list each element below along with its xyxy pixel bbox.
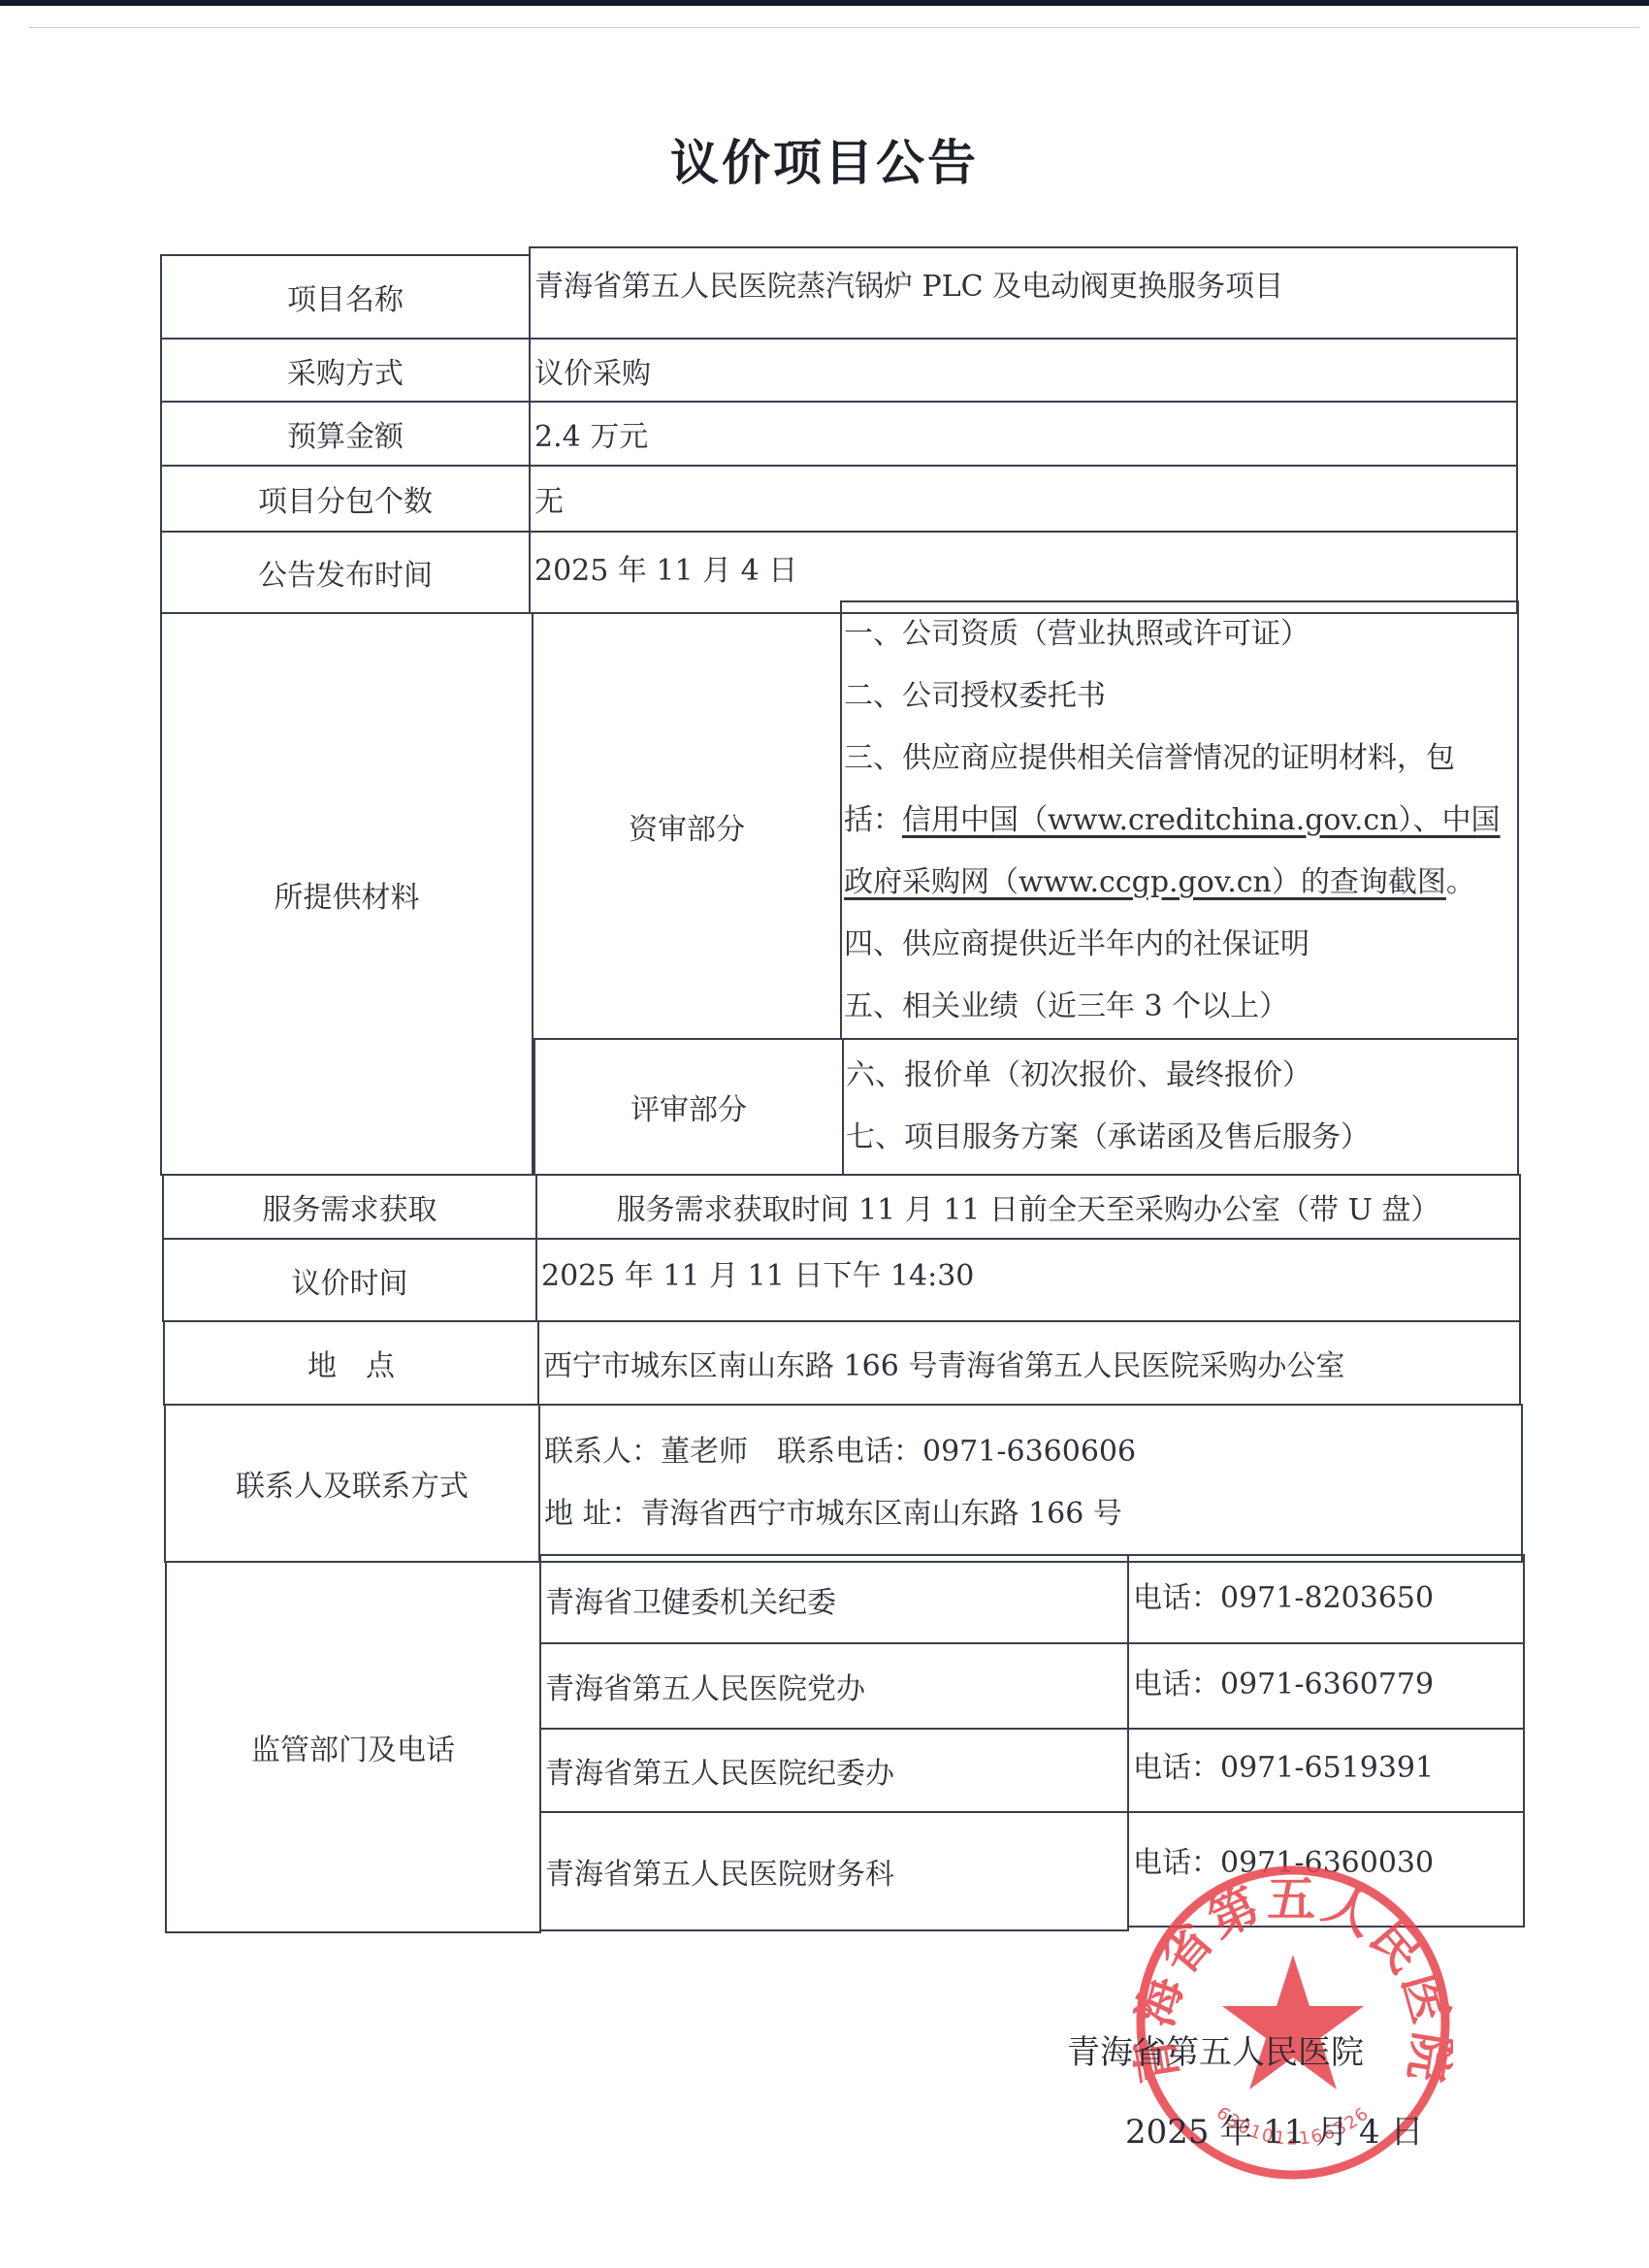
signature-date: 2025 年 11 月 4 日 [1125, 2105, 1423, 2153]
supervision-dept-2: 青海省第五人民医院党办 [539, 1642, 1129, 1730]
value-lots: 无 [529, 465, 1518, 533]
evaluation-item-6: 六、报价单（初次报价、最终报价） [846, 1045, 1311, 1107]
evaluation-items: 六、报价单（初次报价、最终报价） 七、项目服务方案（承诺函及售后服务） [842, 1038, 1519, 1176]
label-negotiation-time: 议价时间 [162, 1238, 537, 1322]
qualification-items: 一、公司资质（营业执照或许可证） 二、公司授权委托书 三、供应商应提供相关信誉情… [840, 600, 1519, 1040]
label-contact: 联系人及联系方式 [164, 1404, 540, 1563]
label-supervision: 监管部门及电话 [165, 1561, 541, 1933]
contact-address: 地 址：青海省西宁市城东区南山东路 166 号 [544, 1483, 1122, 1545]
supervision-phone-3: 电话：0971-6519391 [1127, 1728, 1525, 1813]
supervision-phone-2: 电话：0971-6360779 [1127, 1642, 1525, 1730]
label-procurement-method: 采购方式 [160, 338, 531, 403]
label-materials: 所提供材料 [160, 612, 533, 1176]
qualification-item-3-cont2: 政府采购网（www.ccgp.gov.cn）的查询截图。 [844, 852, 1475, 914]
value-procurement-method: 议价采购 [529, 338, 1518, 403]
supervision-dept-4: 青海省第五人民医院财务科 [539, 1811, 1129, 1931]
qualification-item-5: 五、相关业绩（近三年 3 个以上） [844, 976, 1288, 1038]
contact-person-phone: 联系人：董老师 联系电话：0971-6360606 [544, 1421, 1136, 1483]
value-contact: 联系人：董老师 联系电话：0971-6360606 地 址：青海省西宁市城东区南… [538, 1404, 1523, 1563]
value-budget: 2.4 万元 [529, 401, 1518, 467]
creditchina-link: 信用中国（www.creditchina.gov.cn）、中国 [902, 803, 1501, 837]
supervision-dept-1: 青海省卫健委机关纪委 [539, 1554, 1129, 1644]
scan-rule-line [29, 27, 1639, 28]
qualification-item-2: 二、公司授权委托书 [844, 665, 1106, 728]
qualification-item-4: 四、供应商提供近半年内的社保证明 [844, 914, 1309, 976]
supervision-dept-3: 青海省第五人民医院纪委办 [539, 1728, 1129, 1813]
label-qualification-section: 资审部分 [532, 612, 842, 1040]
value-project-name: 青海省第五人民医院蒸汽锅炉 PLC 及电动阀更换服务项目 [529, 246, 1518, 340]
label-publish-time: 公告发布时间 [160, 531, 531, 614]
evaluation-item-7: 七、项目服务方案（承诺函及售后服务） [846, 1107, 1370, 1169]
label-lots: 项目分包个数 [160, 465, 531, 533]
label-location: 地 点 [163, 1320, 539, 1406]
label-evaluation-section: 评审部分 [533, 1038, 844, 1176]
qualification-item-3-cont: 括：信用中国（www.creditchina.gov.cn）、中国 [844, 790, 1501, 852]
supervision-phone-1: 电话：0971-8203650 [1127, 1554, 1525, 1644]
value-location: 西宁市城东区南山东路 166 号青海省第五人民医院采购办公室 [537, 1320, 1521, 1406]
label-service-request: 服务需求获取 [162, 1174, 537, 1240]
value-service-request: 服务需求获取时间 11 月 11 日前全天至采购办公室（带 U 盘） [535, 1174, 1521, 1240]
document-title: 议价项目公告 [0, 124, 1649, 194]
ccgp-link: 政府采购网（www.ccgp.gov.cn）的查询截图 [844, 865, 1446, 899]
label-budget: 预算金额 [160, 401, 531, 467]
value-negotiation-time: 2025 年 11 月 11 日下午 14:30 [535, 1238, 1521, 1322]
supervision-phone-4: 电话：0971-6360030 [1127, 1811, 1525, 1928]
signature-organization: 青海省第五人民医院 [1067, 2025, 1364, 2073]
qualification-item-3: 三、供应商应提供相关信誉情况的证明材料，包 [844, 728, 1455, 790]
label-project-name: 项目名称 [160, 254, 531, 340]
qualification-item-1: 一、公司资质（营业执照或许可证） [844, 603, 1309, 665]
scan-top-edge [0, 0, 1649, 6]
